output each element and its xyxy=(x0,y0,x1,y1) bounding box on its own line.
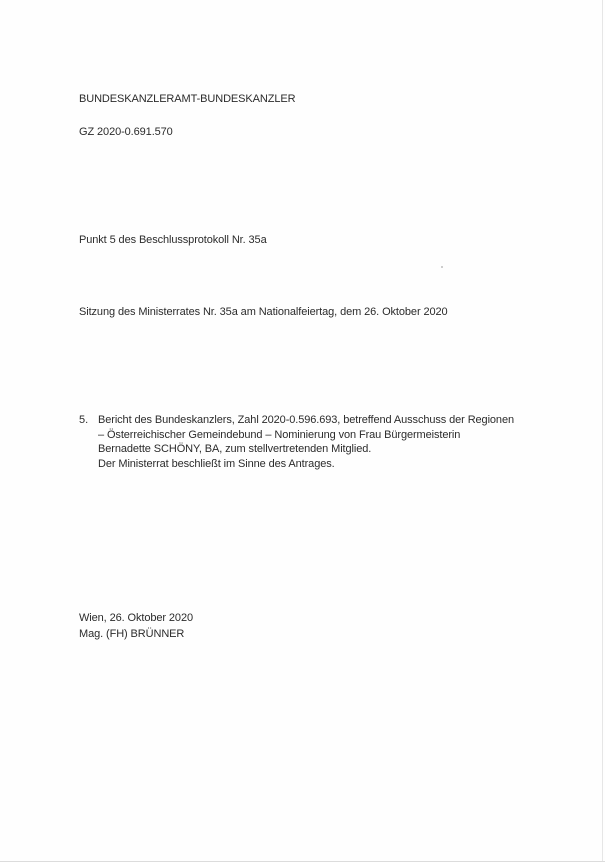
agenda-item-line: Bernadette SCHÖNY, BA, zum stellvertrete… xyxy=(98,442,514,457)
agenda-item-body: Bericht des Bundeskanzlers, Zahl 2020-0.… xyxy=(98,413,514,471)
place-date: Wien, 26. Oktober 2020 xyxy=(79,611,193,625)
reference-number: GZ 2020-0.691.570 xyxy=(79,125,173,139)
agenda-item-line: – Österreichischer Gemeindebund – Nomini… xyxy=(98,428,514,443)
signatory: Mag. (FH) BRÜNNER xyxy=(79,627,184,641)
protocol-point: Punkt 5 des Beschlussprotokoll Nr. 35a xyxy=(79,233,267,247)
scan-speck xyxy=(441,266,443,268)
agenda-item-number: 5. xyxy=(79,413,97,428)
scan-edge-right xyxy=(602,0,603,862)
agenda-item-line: Bericht des Bundeskanzlers, Zahl 2020-0.… xyxy=(98,413,514,428)
agenda-item-decision: Der Ministerrat beschließt im Sinne des … xyxy=(98,457,514,472)
document-page: BUNDESKANZLERAMT-BUNDESKANZLER GZ 2020-0… xyxy=(0,0,605,862)
session-title: Sitzung des Ministerrates Nr. 35a am Nat… xyxy=(79,305,448,319)
department-heading: BUNDESKANZLERAMT-BUNDESKANZLER xyxy=(79,92,295,106)
